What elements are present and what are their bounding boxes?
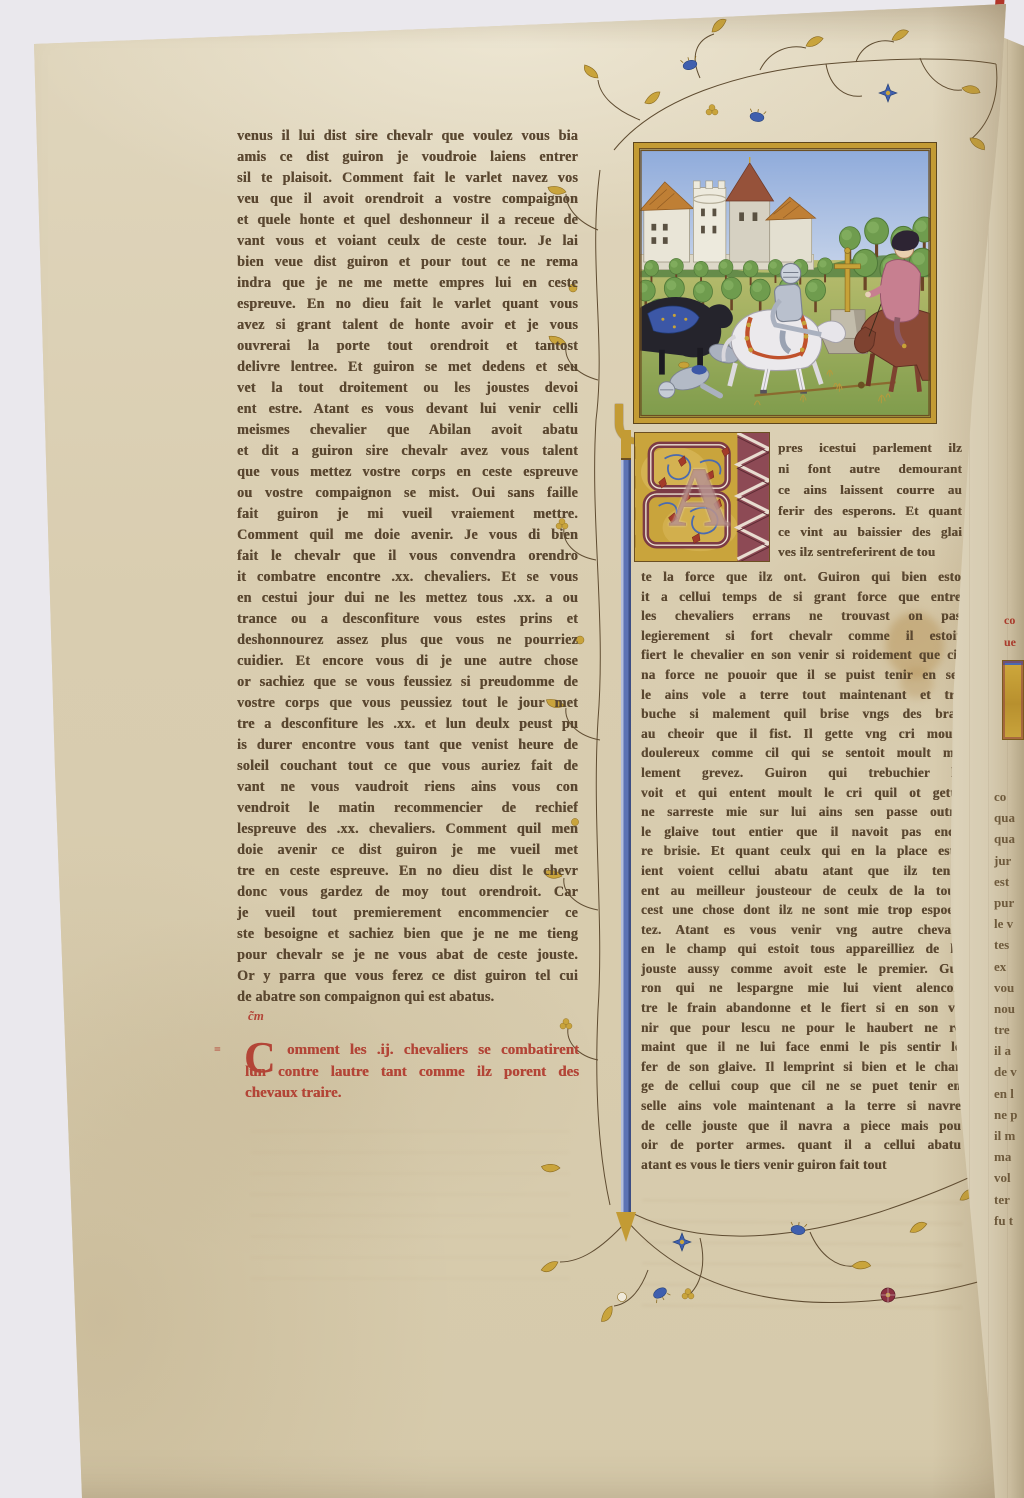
text-fragment: ter (994, 1189, 1024, 1210)
text-fragment: ex (994, 956, 1024, 977)
text-fragment: qua (994, 807, 1024, 828)
page-curl-shading (0, 0, 1024, 1498)
manuscript-photo: co ue coquaquajurestpurle vtesexvounoutr… (0, 0, 1024, 1498)
next-folio-rubric-fragment: co (1004, 610, 1024, 630)
text-fragment: de v (994, 1061, 1024, 1082)
text-fragment: nou (994, 998, 1024, 1019)
next-folio-initial-fragment (1002, 660, 1024, 740)
manuscript-page: venus il lui dist sire chevalr que voule… (0, 0, 1024, 1498)
text-fragment: en l (994, 1083, 1024, 1104)
text-fragment: il m (994, 1125, 1024, 1146)
text-fragment: tre (994, 1019, 1024, 1040)
text-fragment: tes (994, 934, 1024, 955)
text-fragment: fu t (994, 1210, 1024, 1231)
text-fragment: co (994, 786, 1024, 807)
text-fragment: jur (994, 850, 1024, 871)
text-fragment: ne p (994, 1104, 1024, 1125)
text-fragment: ma (994, 1146, 1024, 1167)
next-folio-text-fragments: coquaquajurestpurle vtesexvounoutreil ad… (994, 786, 1024, 1231)
text-fragment: est (994, 871, 1024, 892)
text-fragment: qua (994, 828, 1024, 849)
next-folio-rubric-fragment: ue (1004, 632, 1024, 652)
text-fragment: vou (994, 977, 1024, 998)
text-fragment: le v (994, 913, 1024, 934)
text-fragment: vol (994, 1167, 1024, 1188)
text-fragment: il a (994, 1040, 1024, 1061)
text-fragment: pur (994, 892, 1024, 913)
